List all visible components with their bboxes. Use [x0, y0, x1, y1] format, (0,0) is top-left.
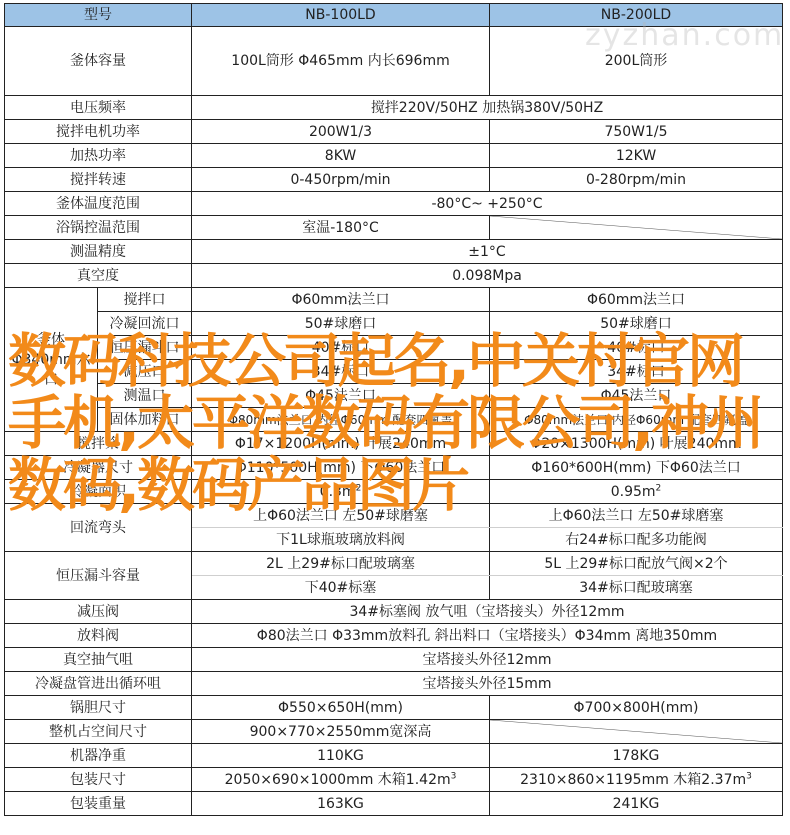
ports-group-label: 釜体Φ340mm六口 — [5, 288, 98, 432]
table-row: 锅胆尺寸 Φ550×650H(mm) Φ700×800H(mm) — [5, 696, 783, 720]
cell-b: 0.95m2 — [490, 480, 783, 504]
table-row: 包装尺寸 2050×690×1000mm 木箱1.42m3 2310×860×1… — [5, 768, 783, 792]
row-label: 搅拌桨 — [5, 432, 192, 456]
table-row: 冷凝盘管进出循环咀 宝塔接头外径15mm — [5, 672, 783, 696]
table-row: 搅拌电机功率 200W1/3 750W1/5 — [5, 120, 783, 144]
row-label: 整机占空间尺寸 — [5, 720, 192, 744]
table-row: 测温精度 ±1°C — [5, 240, 783, 264]
cell-both: 34#标塞阀 放气咀（宝塔接头）外径12mm — [192, 600, 783, 624]
superscript: 3 — [451, 771, 457, 781]
cell-both: 宝塔接头外径12mm — [192, 648, 783, 672]
table-row: 冷凝回流口 50#球磨口 50#球磨口 — [5, 312, 783, 336]
row-label: 放料阀 — [5, 624, 192, 648]
row-label: 浴锅控温范围 — [5, 216, 192, 240]
cell-b: 2310×860×1195mm 木箱2.37m3 — [490, 768, 783, 792]
diagonal-line-icon — [490, 216, 782, 239]
table-row: 放料阀 Φ80法兰口 Φ33mm放料孔 斜出料口（宝塔接头）Φ34mm 离地35… — [5, 624, 783, 648]
table-row: 真空度 0.098Mpa — [5, 264, 783, 288]
diagonal-line-icon — [490, 720, 782, 743]
superscript: 2 — [656, 483, 662, 493]
row-label: 冷凝面积 — [5, 480, 192, 504]
row-label: 搅拌转速 — [5, 168, 192, 192]
header-model-b: NB-200LD — [490, 4, 783, 27]
row-label: 釜体容量 — [5, 27, 192, 96]
table-row: 测温口 Φ45法兰口 Φ45法兰口 — [5, 384, 783, 408]
table-row: 减压口 34#标口 34#标口 — [5, 360, 783, 384]
table-row: 减压阀 34#标塞阀 放气咀（宝塔接头）外径12mm — [5, 600, 783, 624]
row-sublabel: 减压口 — [98, 360, 192, 384]
cell-b: 上Φ60法兰口 左50#球磨塞 — [490, 504, 783, 528]
table-row: 釜体Φ340mm六口 搅拌口 Φ60mm法兰口 Φ60mm法兰口 — [5, 288, 783, 312]
cell-b: 34#标口配玻璃塞 — [490, 576, 783, 600]
cell-b-empty-diagonal — [490, 720, 783, 744]
header-row: 型号 NB-100LD NB-200LD — [5, 4, 783, 27]
table-row: 浴锅控温范围 室温-180°C — [5, 216, 783, 240]
cell-a: 200W1/3 — [192, 120, 490, 144]
cell-a: 110KG — [192, 744, 490, 768]
cell-a: Φ60mm法兰口 — [192, 288, 490, 312]
cell-a: 2050×690×1000mm 木箱1.42m3 — [192, 768, 490, 792]
table-row: 搅拌转速 0-450rpm/min 0-280rpm/min — [5, 168, 783, 192]
spec-table: 型号 NB-100LD NB-200LD 釜体容量 100L筒形 Φ465mm … — [4, 3, 783, 816]
row-label: 包装尺寸 — [5, 768, 192, 792]
row-label: 加热功率 — [5, 144, 192, 168]
cell-a: 上Φ60法兰口 左50#球磨塞 — [192, 504, 490, 528]
row-label: 电压频率 — [5, 96, 192, 120]
cell-a: 室温-180°C — [192, 216, 490, 240]
table-row: 回流弯头 上Φ60法兰口 左50#球磨塞 上Φ60法兰口 左50#球磨塞 — [5, 504, 783, 528]
cell-a: 0-450rpm/min — [192, 168, 490, 192]
cell-a: Φ80mm法兰口 内径Φ60mm 配套四氟盖 — [192, 408, 490, 432]
row-label: 搅拌电机功率 — [5, 120, 192, 144]
cell-b: 200L筒形 — [490, 27, 783, 96]
cell-b: Φ160*600H(mm) 下Φ60法兰口 — [490, 456, 783, 480]
cell-b: 750W1/5 — [490, 120, 783, 144]
cell-a: Φ110*500H(mm) 下Φ60法兰口 — [192, 456, 490, 480]
cell-a: Φ17×1200H(mm) 叶展240mm — [192, 432, 490, 456]
cell-b: Φ700×800H(mm) — [490, 696, 783, 720]
value-text: 0.95m — [611, 484, 656, 500]
cell-b: 34#标口 — [490, 360, 783, 384]
cell-b: 0-280rpm/min — [490, 168, 783, 192]
row-label: 包装重量 — [5, 792, 192, 816]
cell-b: 12KW — [490, 144, 783, 168]
cell-b: 241KG — [490, 792, 783, 816]
table-row: 固体加料口 Φ80mm法兰口 内径Φ60mm 配套四氟盖 Φ80mm法兰口 内径… — [5, 408, 783, 432]
cell-b: Φ45法兰口 — [490, 384, 783, 408]
table-row: 整机占空间尺寸 900×770×2550mm宽深高 — [5, 720, 783, 744]
row-sublabel: 搅拌口 — [98, 288, 192, 312]
value-text: 2310×860×1195mm 木箱2.37m — [520, 772, 746, 788]
row-label: 恒压漏斗容量 — [5, 552, 192, 600]
row-label: 测温精度 — [5, 240, 192, 264]
table-row: 电压频率 搅拌220V/50HZ 加热锅380V/50HZ — [5, 96, 783, 120]
cell-a: 163KG — [192, 792, 490, 816]
row-label: 锅胆尺寸 — [5, 696, 192, 720]
cell-both: ±1°C — [192, 240, 783, 264]
table-row: 包装重量 163KG 241KG — [5, 792, 783, 816]
value-text: 0.3m — [320, 484, 356, 500]
table-row: 搅拌桨 Φ17×1200H(mm) 叶展240mm Φ20×1300H(mm) … — [5, 432, 783, 456]
table-row: 釜体温度范围 -80°C~ +250°C — [5, 192, 783, 216]
header-label: 型号 — [5, 4, 192, 27]
cell-b: Φ80mm法兰口 内径Φ60mm 配套四氟盖 — [490, 408, 783, 432]
row-label: 真空度 — [5, 264, 192, 288]
cell-b: 40#标口 — [490, 336, 783, 360]
row-label: 机器净重 — [5, 744, 192, 768]
row-label: 减压阀 — [5, 600, 192, 624]
cell-a: Φ45法兰口 — [192, 384, 490, 408]
header-model-a: NB-100LD — [192, 4, 490, 27]
cell-both: -80°C~ +250°C — [192, 192, 783, 216]
cell-b: Φ60mm法兰口 — [490, 288, 783, 312]
table-row: 冷凝面积 0.3m2 0.95m2 — [5, 480, 783, 504]
cell-a: 900×770×2550mm宽深高 — [192, 720, 490, 744]
cell-a: 下1L球瓶玻璃放料阀 — [192, 528, 490, 552]
row-label: 冷凝器尺寸 — [5, 456, 192, 480]
table-row: 恒压漏斗口 40#标口 40#标口 — [5, 336, 783, 360]
cell-b: 50#球磨口 — [490, 312, 783, 336]
cell-a: 100L筒形 Φ465mm 内长696mm — [192, 27, 490, 96]
row-sublabel: 冷凝回流口 — [98, 312, 192, 336]
cell-both: 宝塔接头外径15mm — [192, 672, 783, 696]
row-sublabel: 测温口 — [98, 384, 192, 408]
cell-a: 50#球磨口 — [192, 312, 490, 336]
cell-a: 2L 上29#标口配玻璃塞 — [192, 552, 490, 576]
cell-a: 下40#标塞 — [192, 576, 490, 600]
table-row: 恒压漏斗容量 2L 上29#标口配玻璃塞 5L 上29#标口配放气阀×2个 — [5, 552, 783, 576]
table-row: 机器净重 110KG 178KG — [5, 744, 783, 768]
row-sublabel: 恒压漏斗口 — [98, 336, 192, 360]
cell-b-empty-diagonal — [490, 216, 783, 240]
cell-b: Φ20×1300H(mm) 叶展240mm — [490, 432, 783, 456]
superscript: 2 — [356, 483, 362, 493]
cell-both: 0.098Mpa — [192, 264, 783, 288]
cell-b: 5L 上29#标口配放气阀×2个 — [490, 552, 783, 576]
cell-a: 8KW — [192, 144, 490, 168]
cell-a: 40#标口 — [192, 336, 490, 360]
value-text: 2050×690×1000mm 木箱1.42m — [225, 772, 451, 788]
cell-a: Φ550×650H(mm) — [192, 696, 490, 720]
cell-a: 0.3m2 — [192, 480, 490, 504]
row-label: 冷凝盘管进出循环咀 — [5, 672, 192, 696]
table-row: 釜体容量 100L筒形 Φ465mm 内长696mm 200L筒形 — [5, 27, 783, 96]
cell-both: 搅拌220V/50HZ 加热锅380V/50HZ — [192, 96, 783, 120]
row-label: 真空抽气咀 — [5, 648, 192, 672]
row-sublabel: 固体加料口 — [98, 408, 192, 432]
table-row: 加热功率 8KW 12KW — [5, 144, 783, 168]
cell-b: 右24#标口配多功能阀 — [490, 528, 783, 552]
row-label: 釜体温度范围 — [5, 192, 192, 216]
table-row: 冷凝器尺寸 Φ110*500H(mm) 下Φ60法兰口 Φ160*600H(mm… — [5, 456, 783, 480]
cell-a: 34#标口 — [192, 360, 490, 384]
table-row: 真空抽气咀 宝塔接头外径12mm — [5, 648, 783, 672]
cell-both: Φ80法兰口 Φ33mm放料孔 斜出料口（宝塔接头）Φ34mm 离地350mm — [192, 624, 783, 648]
cell-b: 178KG — [490, 744, 783, 768]
superscript: 3 — [746, 771, 752, 781]
row-label: 回流弯头 — [5, 504, 192, 552]
